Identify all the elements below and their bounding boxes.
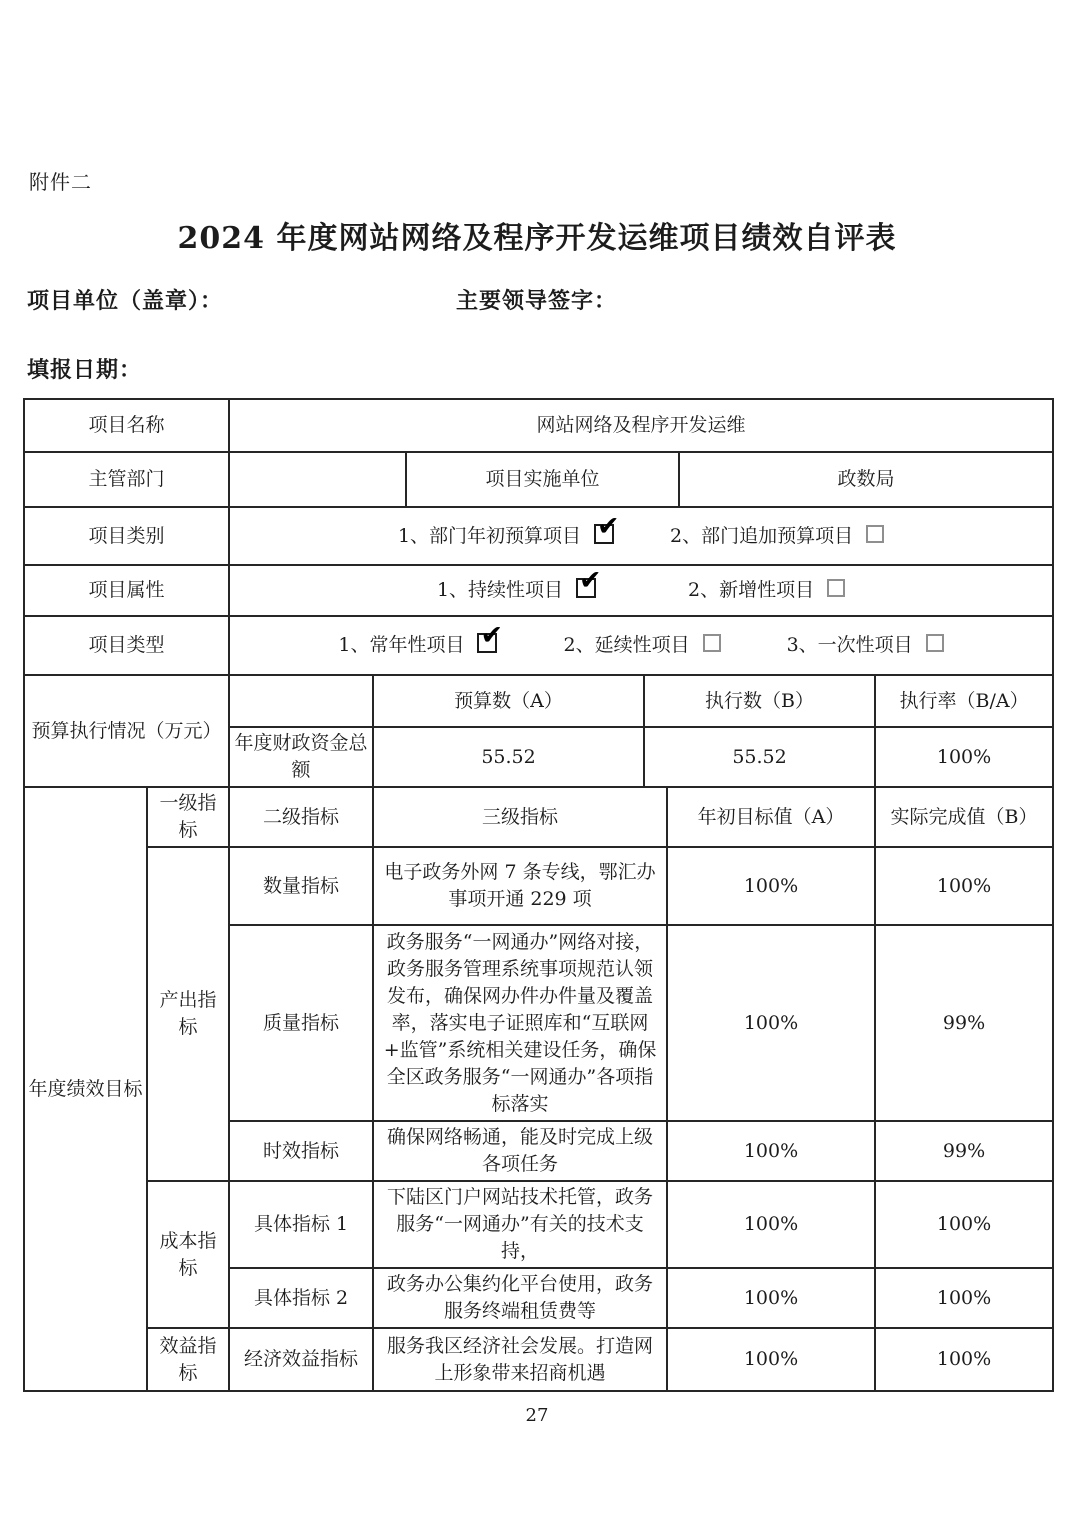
actual-value-cell: 100% xyxy=(875,1328,1053,1391)
exec-value: 55.52 xyxy=(644,727,875,787)
type-option-1: 1、常年性项目 xyxy=(338,634,497,656)
impl-unit-label: 项目实施单位 xyxy=(406,452,679,507)
target-value-cell: 100% xyxy=(667,847,875,925)
option-label: 1、常年性项目 xyxy=(338,634,464,656)
level2-cell: 具体指标 1 xyxy=(229,1181,373,1268)
table-row: 项目名称 网站网络及程序开发运维 xyxy=(24,399,1053,452)
budget-blank-cell xyxy=(229,675,373,727)
level3-detail-cell: 政务办公集约化平台使用，政务服务终端租赁费等 xyxy=(373,1268,667,1328)
option-label: 3、一次性项目 xyxy=(787,634,913,656)
level3-detail-cell: 确保网络畅通，能及时完成上级各项任务 xyxy=(373,1121,667,1181)
level2-cell: 具体指标 2 xyxy=(229,1268,373,1328)
checkbox-empty-icon[interactable] xyxy=(866,525,884,543)
rate-col-header: 执行率（B/A） xyxy=(875,675,1053,727)
level2-cell: 质量指标 xyxy=(229,925,373,1121)
budget-value: 55.52 xyxy=(373,727,644,787)
project-name-label: 项目名称 xyxy=(24,399,229,452)
table-row: 项目类别 1、部门年初预算项目2、部门追加预算项目 xyxy=(24,507,1053,565)
option-label: 1、持续性项目 xyxy=(437,579,563,601)
type-option-2: 2、延续性项目 xyxy=(563,634,720,656)
dept-value xyxy=(229,452,406,507)
leader-sign-label: 主要领导签字： xyxy=(456,284,617,315)
option-label: 2、延续性项目 xyxy=(563,634,689,656)
level1-output-cell: 产出指标 xyxy=(147,847,229,1181)
level1-benefit-cell: 效益指标 xyxy=(147,1328,229,1391)
attachment-label: 附件二 xyxy=(29,166,92,195)
option-label: 1、部门年初预算项目 xyxy=(398,525,581,547)
target-header: 年初目标值（A） xyxy=(667,787,875,847)
level3-detail-cell: 政务服务“一网通办”网络对接，政务服务管理系统事项规范认领发布，确保网办件办件量… xyxy=(373,925,667,1121)
table-row: 项目类型 1、常年性项目2、延续性项目3、一次性项目 xyxy=(24,616,1053,675)
level3-detail-cell: 下陆区门户网站技术托管，政务服务“一网通办”有关的技术支持， xyxy=(373,1181,667,1268)
actual-header: 实际完成值（B） xyxy=(875,787,1053,847)
level2-header: 二级指标 xyxy=(229,787,373,847)
document-page: 附件二 2024 年度网站网络及程序开发运维项目绩效自评表 项目单位（盖章）： … xyxy=(0,0,1074,1520)
budget-col-header: 预算数（A） xyxy=(373,675,644,727)
table-row: 效益指标 经济效益指标 服务我区经济社会发展。打造网上形象带来招商机遇 100%… xyxy=(24,1328,1053,1391)
option-label: 2、新增性项目 xyxy=(688,579,814,601)
table-row: 项目属性 1、持续性项目2、新增性项目 xyxy=(24,565,1053,616)
attribute-option-2: 2、新增性项目 xyxy=(688,579,845,601)
project-name-value: 网站网络及程序开发运维 xyxy=(229,399,1053,452)
table-row: 成本指标 具体指标 1 下陆区门户网站技术托管，政务服务“一网通办”有关的技术支… xyxy=(24,1181,1053,1268)
actual-value-cell: 100% xyxy=(875,1181,1053,1268)
performance-section-label: 年度绩效目标 xyxy=(24,787,147,1391)
type-label: 项目类型 xyxy=(24,616,229,675)
category-options: 1、部门年初预算项目2、部门追加预算项目 xyxy=(229,507,1053,565)
table-row: 年度绩效目标 一级指标 二级指标 三级指标 年初目标值（A） 实际完成值（B） xyxy=(24,787,1053,847)
checkbox-checked-icon[interactable] xyxy=(477,633,497,653)
actual-value-cell: 99% xyxy=(875,925,1053,1121)
checkbox-empty-icon[interactable] xyxy=(827,579,845,597)
actual-value-cell: 100% xyxy=(875,847,1053,925)
attribute-option-1: 1、持续性项目 xyxy=(437,579,596,601)
annual-fund-label: 年度财政资金总额 xyxy=(229,727,373,787)
table-row: 主管部门 项目实施单位 政数局 xyxy=(24,452,1053,507)
budget-section-label: 预算执行情况（万元） xyxy=(24,675,229,787)
rate-value: 100% xyxy=(875,727,1053,787)
impl-unit-value: 政数局 xyxy=(679,452,1053,507)
checkbox-checked-icon[interactable] xyxy=(594,524,614,544)
actual-value-cell: 99% xyxy=(875,1121,1053,1181)
option-label: 2、部门追加预算项目 xyxy=(670,525,853,547)
dept-label: 主管部门 xyxy=(24,452,229,507)
target-value-cell: 100% xyxy=(667,925,875,1121)
attribute-options: 1、持续性项目2、新增性项目 xyxy=(229,565,1053,616)
level3-detail-cell: 电子政务外网 7 条专线，鄂汇办事项开通 229 项 xyxy=(373,847,667,925)
type-option-3: 3、一次性项目 xyxy=(787,634,944,656)
type-options: 1、常年性项目2、延续性项目3、一次性项目 xyxy=(229,616,1053,675)
checkbox-checked-icon[interactable] xyxy=(576,578,596,598)
target-value-cell: 100% xyxy=(667,1328,875,1391)
target-value-cell: 100% xyxy=(667,1268,875,1328)
target-value-cell: 100% xyxy=(667,1121,875,1181)
checkbox-empty-icon[interactable] xyxy=(703,634,721,652)
level3-detail-cell: 服务我区经济社会发展。打造网上形象带来招商机遇 xyxy=(373,1328,667,1391)
level2-cell: 数量指标 xyxy=(229,847,373,925)
page-number: 27 xyxy=(0,1405,1074,1426)
target-value-cell: 100% xyxy=(667,1181,875,1268)
level1-cost-cell: 成本指标 xyxy=(147,1181,229,1328)
signature-line: 项目单位（盖章）： 主要领导签字： xyxy=(27,284,223,315)
self-evaluation-table: 项目名称 网站网络及程序开发运维 主管部门 项目实施单位 政数局 项目类别 1、… xyxy=(23,398,1054,1392)
table-row: 产出指标 数量指标 电子政务外网 7 条专线，鄂汇办事项开通 229 项 100… xyxy=(24,847,1053,925)
level3-header: 三级指标 xyxy=(373,787,667,847)
actual-value-cell: 100% xyxy=(875,1268,1053,1328)
table-row: 预算执行情况（万元） 预算数（A） 执行数（B） 执行率（B/A） xyxy=(24,675,1053,727)
page-title: 2024 年度网站网络及程序开发运维项目绩效自评表 xyxy=(0,213,1074,257)
unit-seal-label: 项目单位（盖章）： xyxy=(27,288,223,314)
checkbox-empty-icon[interactable] xyxy=(926,634,944,652)
level2-cell: 经济效益指标 xyxy=(229,1328,373,1391)
level1-header: 一级指标 xyxy=(147,787,229,847)
level2-cell: 时效指标 xyxy=(229,1121,373,1181)
exec-col-header: 执行数（B） xyxy=(644,675,875,727)
category-option-2: 2、部门追加预算项目 xyxy=(670,525,884,547)
category-label: 项目类别 xyxy=(24,507,229,565)
attribute-label: 项目属性 xyxy=(24,565,229,616)
fill-date-label: 填报日期： xyxy=(27,353,142,384)
category-option-1: 1、部门年初预算项目 xyxy=(398,525,614,547)
